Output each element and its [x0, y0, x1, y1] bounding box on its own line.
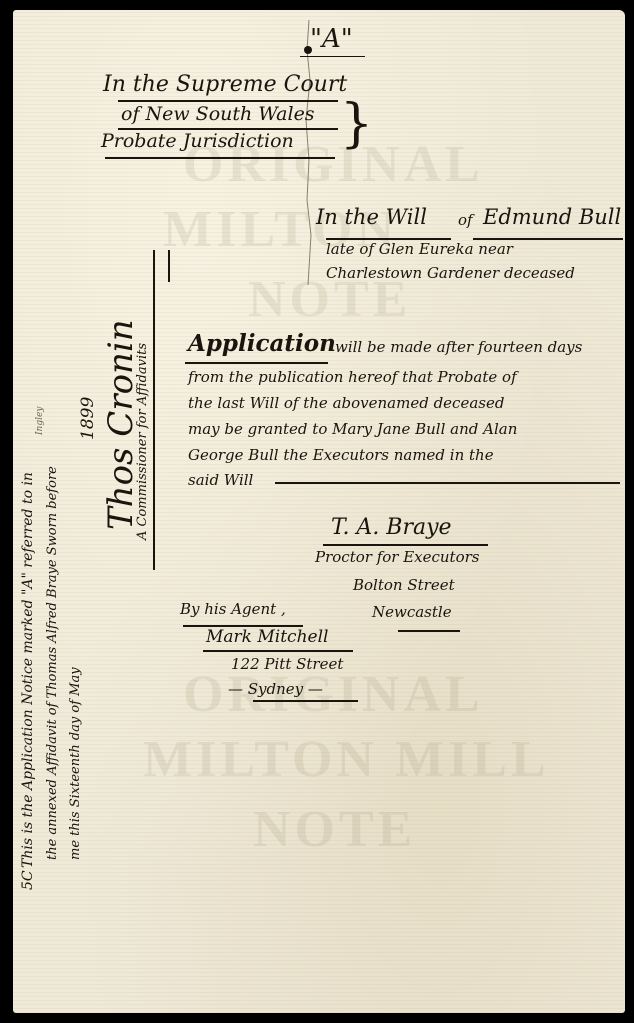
matter-title-prefix: In the Will	[316, 205, 427, 229]
paper-crease	[301, 20, 315, 285]
court-heading-line2: of New South Wales	[121, 103, 315, 125]
agent-name-underline	[203, 650, 353, 652]
body-line-3: the last Will of the abovenamed deceased	[188, 394, 504, 412]
agent-name: Mark Mitchell	[206, 627, 328, 647]
agent-city-name: Sydney	[248, 680, 303, 698]
proctor-name: T. A. Braye	[331, 515, 452, 540]
matter-title-of: of	[458, 211, 473, 229]
agent-street: 122 Pitt Street	[231, 655, 343, 673]
annotation-line2-interlinear: Ingley	[35, 407, 45, 435]
watermark-bottom-line3: NOTE	[253, 800, 416, 859]
signature-left-rule	[153, 250, 155, 570]
signature-right-rule	[168, 250, 170, 282]
proctor-name-underline	[323, 544, 488, 546]
court-heading-rule1	[118, 100, 338, 102]
annotation-line2: the annexed Affidavit of Thomas Alfred B…	[45, 466, 60, 860]
agent-city-underline	[253, 700, 358, 702]
body-lead: Application	[188, 330, 336, 357]
watermark-bottom-line2: MILTON MILL	[143, 730, 550, 789]
agent-city: — Sydney —	[228, 680, 323, 698]
proctor-title: Proctor for Executors	[315, 548, 480, 566]
matter-line3: Charlestown Gardener deceased	[326, 264, 575, 282]
commissioner-title: A Commissioner for Affidavits	[135, 343, 150, 540]
document-page: ORIGINAL MILTON NOTE ORIGINAL MILTON MIL…	[13, 10, 625, 1013]
body-line-5: George Bull the Executors named in the	[188, 446, 494, 464]
court-heading-line3: Probate Jurisdiction	[101, 130, 294, 152]
court-heading-line1: In the Supreme Court	[103, 72, 347, 97]
body-line-2: from the publication hereof that Probate…	[188, 368, 517, 386]
body-line-4: may be granted to Mary Jane Bull and Ala…	[188, 420, 517, 438]
annotation-line3: me this Sixteenth day of May	[68, 667, 83, 860]
body-line-1: will be made after fourteen days	[335, 338, 582, 356]
body-end-rule	[275, 482, 620, 484]
proctor-city-underline	[398, 630, 460, 632]
body-line-6: said Will	[188, 471, 253, 489]
agent-label: By his Agent ,	[180, 600, 286, 618]
court-heading-rule3	[105, 157, 335, 159]
proctor-street: Bolton Street	[353, 576, 455, 594]
matter-deceased-name: Edmund Bull	[483, 205, 621, 229]
annotation-prefix-mark: 5C	[20, 870, 36, 890]
exhibit-label: "A"	[310, 24, 353, 54]
annotation-line1: This is the Application Notice marked "A…	[20, 472, 36, 868]
court-heading-brace: }	[340, 98, 373, 150]
annotation-year: 1899	[78, 397, 98, 440]
matter-line2: late of Glen Eureka near	[326, 240, 513, 258]
body-lead-underline	[185, 362, 328, 364]
exhibit-label-underline	[300, 56, 365, 57]
proctor-city: Newcastle	[372, 603, 452, 621]
